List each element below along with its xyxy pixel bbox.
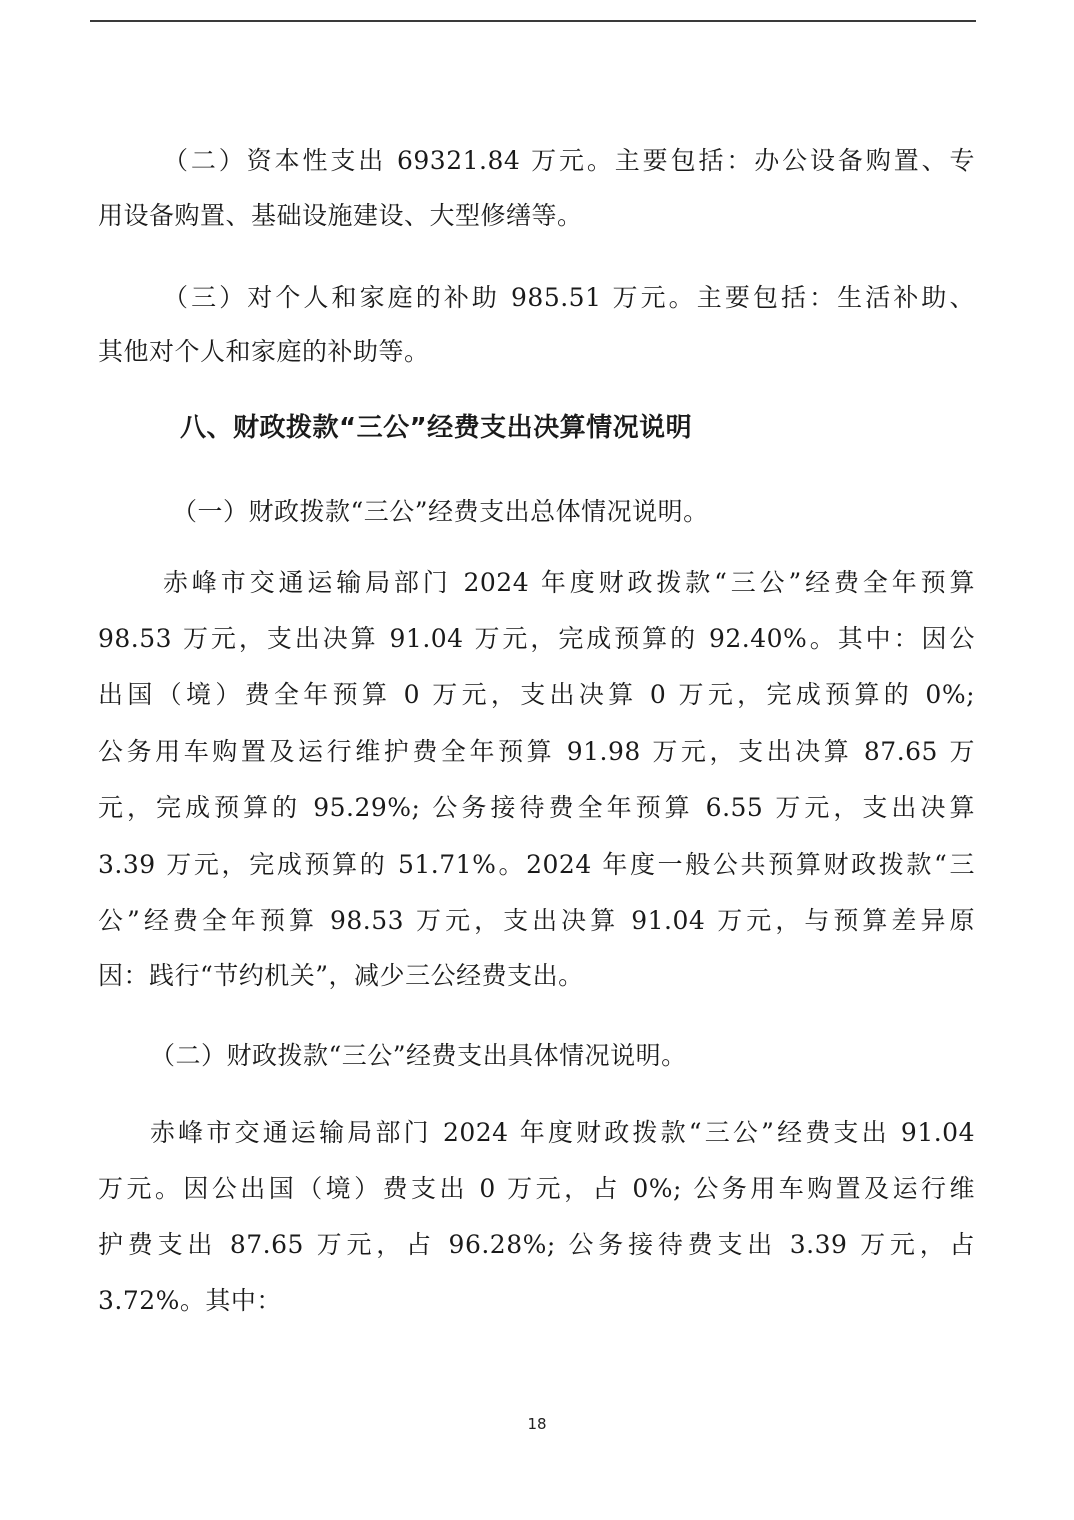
paragraph-overall-line-6: 3.39 万元，完成预算的 51.71%。2024 年度一般公共预算财政拨款“三 [98,848,975,882]
page-number: 18 [0,1415,1074,1433]
paragraph-overall-line-8: 因：践行“节约机关”，减少三公经费支出。 [98,959,975,993]
paragraph-detail-line-4: 3.72%。其中： [98,1284,975,1318]
paragraph-subsidy-line-1: （三）对个人和家庭的补助 985.51 万元。主要包括：生活补助、 [163,281,975,315]
header-rule [90,20,976,22]
section-heading: 八、财政拨款“三公”经费支出决算情况说明 [180,411,692,445]
paragraph-capital-line-1: （二）资本性支出 69321.84 万元。主要包括：办公设备购置、专 [163,144,975,178]
subsection-title-overall: （一）财政拨款“三公”经费支出总体情况说明。 [172,495,709,529]
paragraph-detail-line-2: 万元。因公出国（境）费支出 0 万元，占 0%; 公务用车购置及运行维 [98,1172,975,1206]
paragraph-overall-line-2: 98.53 万元，支出决算 91.04 万元，完成预算的 92.40%。其中：因… [98,622,975,656]
paragraph-overall-line-4: 公务用车购置及运行维护费全年预算 91.98 万元，支出决算 87.65 万 [98,735,975,769]
paragraph-detail-line-3: 护费支出 87.65 万元，占 96.28%; 公务接待费支出 3.39 万元，… [98,1228,975,1262]
paragraph-overall-line-1: 赤峰市交通运输局部门 2024 年度财政拨款“三公”经费全年预算 [163,566,975,600]
paragraph-capital-line-2: 用设备购置、基础设施建设、大型修缮等。 [98,199,975,233]
paragraph-overall-line-3: 出国（境）费全年预算 0 万元，支出决算 0 万元，完成预算的 0%; [98,678,975,712]
paragraph-subsidy-line-2: 其他对个人和家庭的补助等。 [98,335,975,369]
paragraph-detail-line-1: 赤峰市交通运输局部门 2024 年度财政拨款“三公”经费支出 91.04 [150,1116,975,1150]
subsection-title-detail: （二）财政拨款“三公”经费支出具体情况说明。 [150,1039,687,1073]
paragraph-overall-line-7: 公”经费全年预算 98.53 万元，支出决算 91.04 万元，与预算差异原 [98,904,975,938]
paragraph-overall-line-5: 元，完成预算的 95.29%; 公务接待费全年预算 6.55 万元，支出决算 [98,791,975,825]
